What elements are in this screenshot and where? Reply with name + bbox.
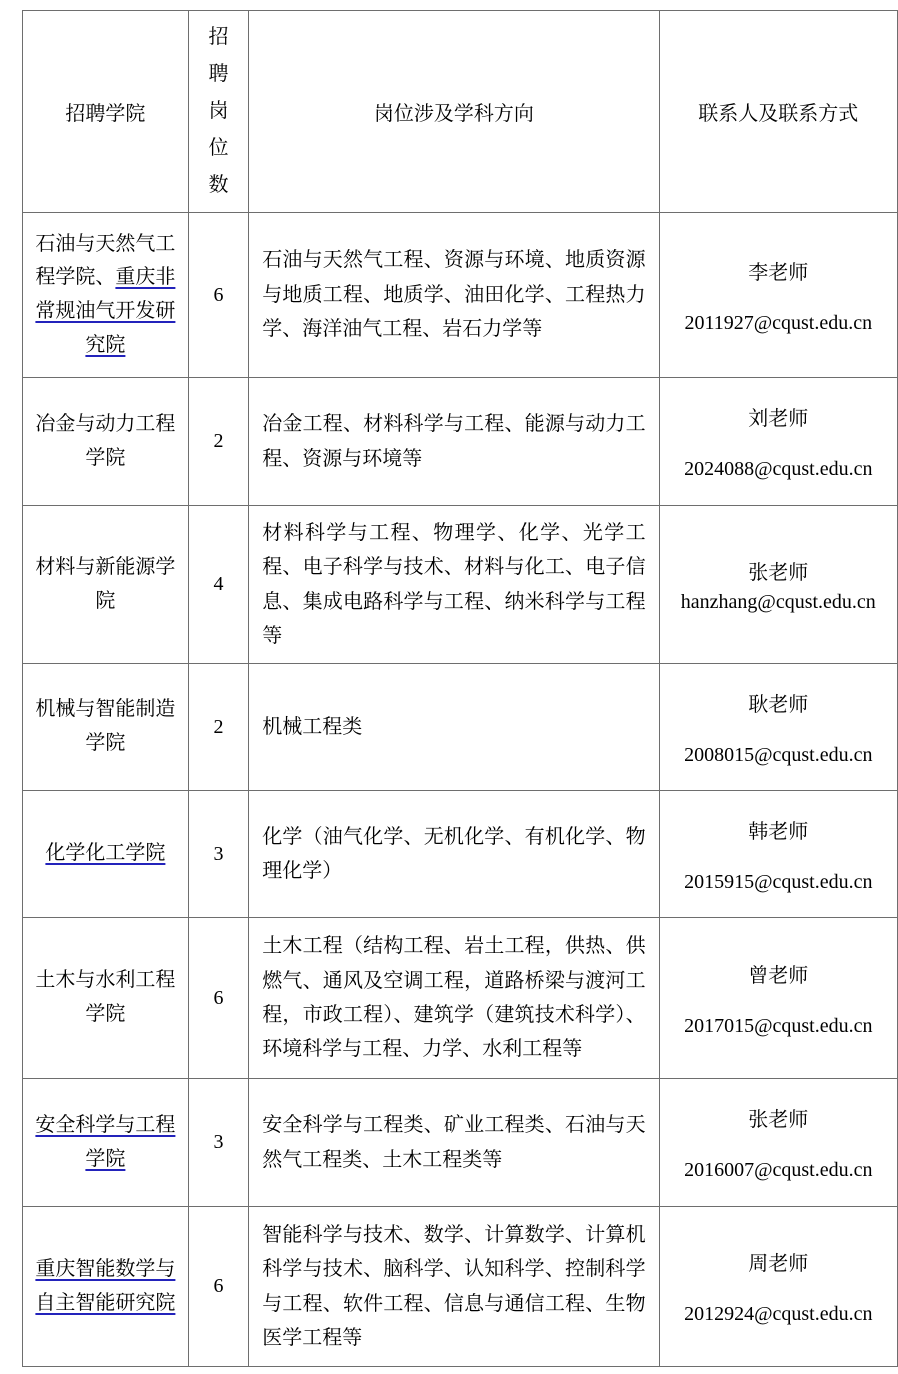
subjects-cell: 石油与天然气工程、资源与环境、地质资源与地质工程、地质学、油田化学、工程热力学、… bbox=[249, 213, 659, 378]
contact-name: 周老师 bbox=[666, 1247, 891, 1276]
position-count: 3 bbox=[188, 791, 248, 918]
college-cell: 土木与水利工程学院 bbox=[23, 918, 189, 1079]
contact-email: 2024088@cqust.edu.cn bbox=[666, 458, 891, 481]
contact-email: 2016007@cqust.edu.cn bbox=[666, 1159, 891, 1182]
contact-email: hanzhang@cqust.edu.cn bbox=[666, 591, 891, 614]
subjects-cell: 土木工程（结构工程、岩土工程，供热、供燃气、通风及空调工程，道路桥梁与渡河工程，… bbox=[249, 918, 659, 1079]
college-cell: 石油与天然气工程学院、重庆非常规油气开发研究院 bbox=[23, 213, 189, 378]
header-row: 招聘学院 招聘 岗位数 岗位涉及学科方向 联系人及联系方式 bbox=[23, 11, 898, 213]
table-row: 重庆智能数学与自主智能研究院 6 智能科学与技术、数学、计算数学、计算机科学与技… bbox=[23, 1207, 898, 1367]
position-count: 3 bbox=[188, 1079, 248, 1207]
header-count: 招聘 岗位数 bbox=[188, 11, 248, 213]
table-row: 材料与新能源学院 4 材料科学与工程、物理学、化学、光学工程、电子科学与技术、材… bbox=[23, 506, 898, 664]
header-subjects: 岗位涉及学科方向 bbox=[249, 11, 659, 213]
college-cell: 安全科学与工程学院 bbox=[23, 1079, 189, 1207]
contact-cell: 周老师 2012924@cqust.edu.cn bbox=[659, 1207, 897, 1367]
college-name: 土木与水利工程学院 bbox=[35, 969, 175, 1025]
college-cell: 重庆智能数学与自主智能研究院 bbox=[23, 1207, 189, 1367]
page: 招聘学院 招聘 岗位数 岗位涉及学科方向 联系人及联系方式 石油与天然气工程学院… bbox=[0, 0, 898, 1374]
position-count: 4 bbox=[188, 506, 248, 664]
college-cell: 机械与智能制造学院 bbox=[23, 664, 189, 791]
contact-email: 2012924@cqust.edu.cn bbox=[666, 1303, 891, 1326]
contact-email: 2008015@cqust.edu.cn bbox=[666, 744, 891, 767]
subjects-cell: 化学（油气化学、无机化学、有机化学、物理化学） bbox=[249, 791, 659, 918]
contact-name: 李老师 bbox=[666, 256, 891, 285]
contact-cell: 曾老师 2017015@cqust.edu.cn bbox=[659, 918, 897, 1079]
table-row: 安全科学与工程学院 3 安全科学与工程类、矿业工程类、石油与天然气工程类、土木工… bbox=[23, 1079, 898, 1207]
college-link[interactable]: 重庆智能数学与自主智能研究院 bbox=[35, 1258, 175, 1314]
table-row: 石油与天然气工程学院、重庆非常规油气开发研究院 6 石油与天然气工程、资源与环境… bbox=[23, 213, 898, 378]
contact-name: 曾老师 bbox=[666, 959, 891, 988]
contact-name: 张老师 bbox=[666, 556, 891, 585]
position-count: 6 bbox=[188, 918, 248, 1079]
contact-name: 耿老师 bbox=[666, 688, 891, 717]
college-cell: 冶金与动力工程学院 bbox=[23, 378, 189, 506]
contact-cell: 张老师 hanzhang@cqust.edu.cn bbox=[659, 506, 897, 664]
contact-name: 刘老师 bbox=[666, 402, 891, 431]
table-row: 土木与水利工程学院 6 土木工程（结构工程、岩土工程，供热、供燃气、通风及空调工… bbox=[23, 918, 898, 1079]
college-name: 材料与新能源学院 bbox=[35, 556, 175, 612]
college-cell: 材料与新能源学院 bbox=[23, 506, 189, 664]
subjects-cell: 机械工程类 bbox=[249, 664, 659, 791]
subjects-cell: 冶金工程、材料科学与工程、能源与动力工程、资源与环境等 bbox=[249, 378, 659, 506]
table-row: 冶金与动力工程学院 2 冶金工程、材料科学与工程、能源与动力工程、资源与环境等 … bbox=[23, 378, 898, 506]
recruitment-table: 招聘学院 招聘 岗位数 岗位涉及学科方向 联系人及联系方式 石油与天然气工程学院… bbox=[22, 10, 898, 1367]
position-count: 2 bbox=[188, 664, 248, 791]
contact-name: 张老师 bbox=[666, 1103, 891, 1132]
position-count: 2 bbox=[188, 378, 248, 506]
contact-cell: 刘老师 2024088@cqust.edu.cn bbox=[659, 378, 897, 506]
header-count-label: 招聘 岗位数 bbox=[208, 19, 230, 204]
header-college: 招聘学院 bbox=[23, 11, 189, 213]
header-contact: 联系人及联系方式 bbox=[659, 11, 897, 213]
college-link[interactable]: 化学化工学院 bbox=[45, 842, 165, 864]
contact-cell: 耿老师 2008015@cqust.edu.cn bbox=[659, 664, 897, 791]
contact-email: 2011927@cqust.edu.cn bbox=[666, 312, 891, 335]
subjects-cell: 安全科学与工程类、矿业工程类、石油与天然气工程类、土木工程类等 bbox=[249, 1079, 659, 1207]
college-name: 冶金与动力工程学院 bbox=[35, 413, 175, 469]
position-count: 6 bbox=[188, 213, 248, 378]
contact-cell: 李老师 2011927@cqust.edu.cn bbox=[659, 213, 897, 378]
position-count: 6 bbox=[188, 1207, 248, 1367]
college-cell: 化学化工学院 bbox=[23, 791, 189, 918]
contact-cell: 张老师 2016007@cqust.edu.cn bbox=[659, 1079, 897, 1207]
subjects-cell: 智能科学与技术、数学、计算数学、计算机科学与技术、脑科学、认知科学、控制科学与工… bbox=[249, 1207, 659, 1367]
contact-email: 2017015@cqust.edu.cn bbox=[666, 1015, 891, 1038]
college-name: 机械与智能制造学院 bbox=[35, 698, 175, 754]
contact-cell: 韩老师 2015915@cqust.edu.cn bbox=[659, 791, 897, 918]
table-row: 化学化工学院 3 化学（油气化学、无机化学、有机化学、物理化学） 韩老师 201… bbox=[23, 791, 898, 918]
contact-name: 韩老师 bbox=[666, 815, 891, 844]
table-row: 机械与智能制造学院 2 机械工程类 耿老师 2008015@cqust.edu.… bbox=[23, 664, 898, 791]
subjects-cell: 材料科学与工程、物理学、化学、光学工程、电子科学与技术、材料与化工、电子信息、集… bbox=[249, 506, 659, 664]
contact-email: 2015915@cqust.edu.cn bbox=[666, 871, 891, 894]
college-link[interactable]: 安全科学与工程学院 bbox=[35, 1114, 175, 1170]
